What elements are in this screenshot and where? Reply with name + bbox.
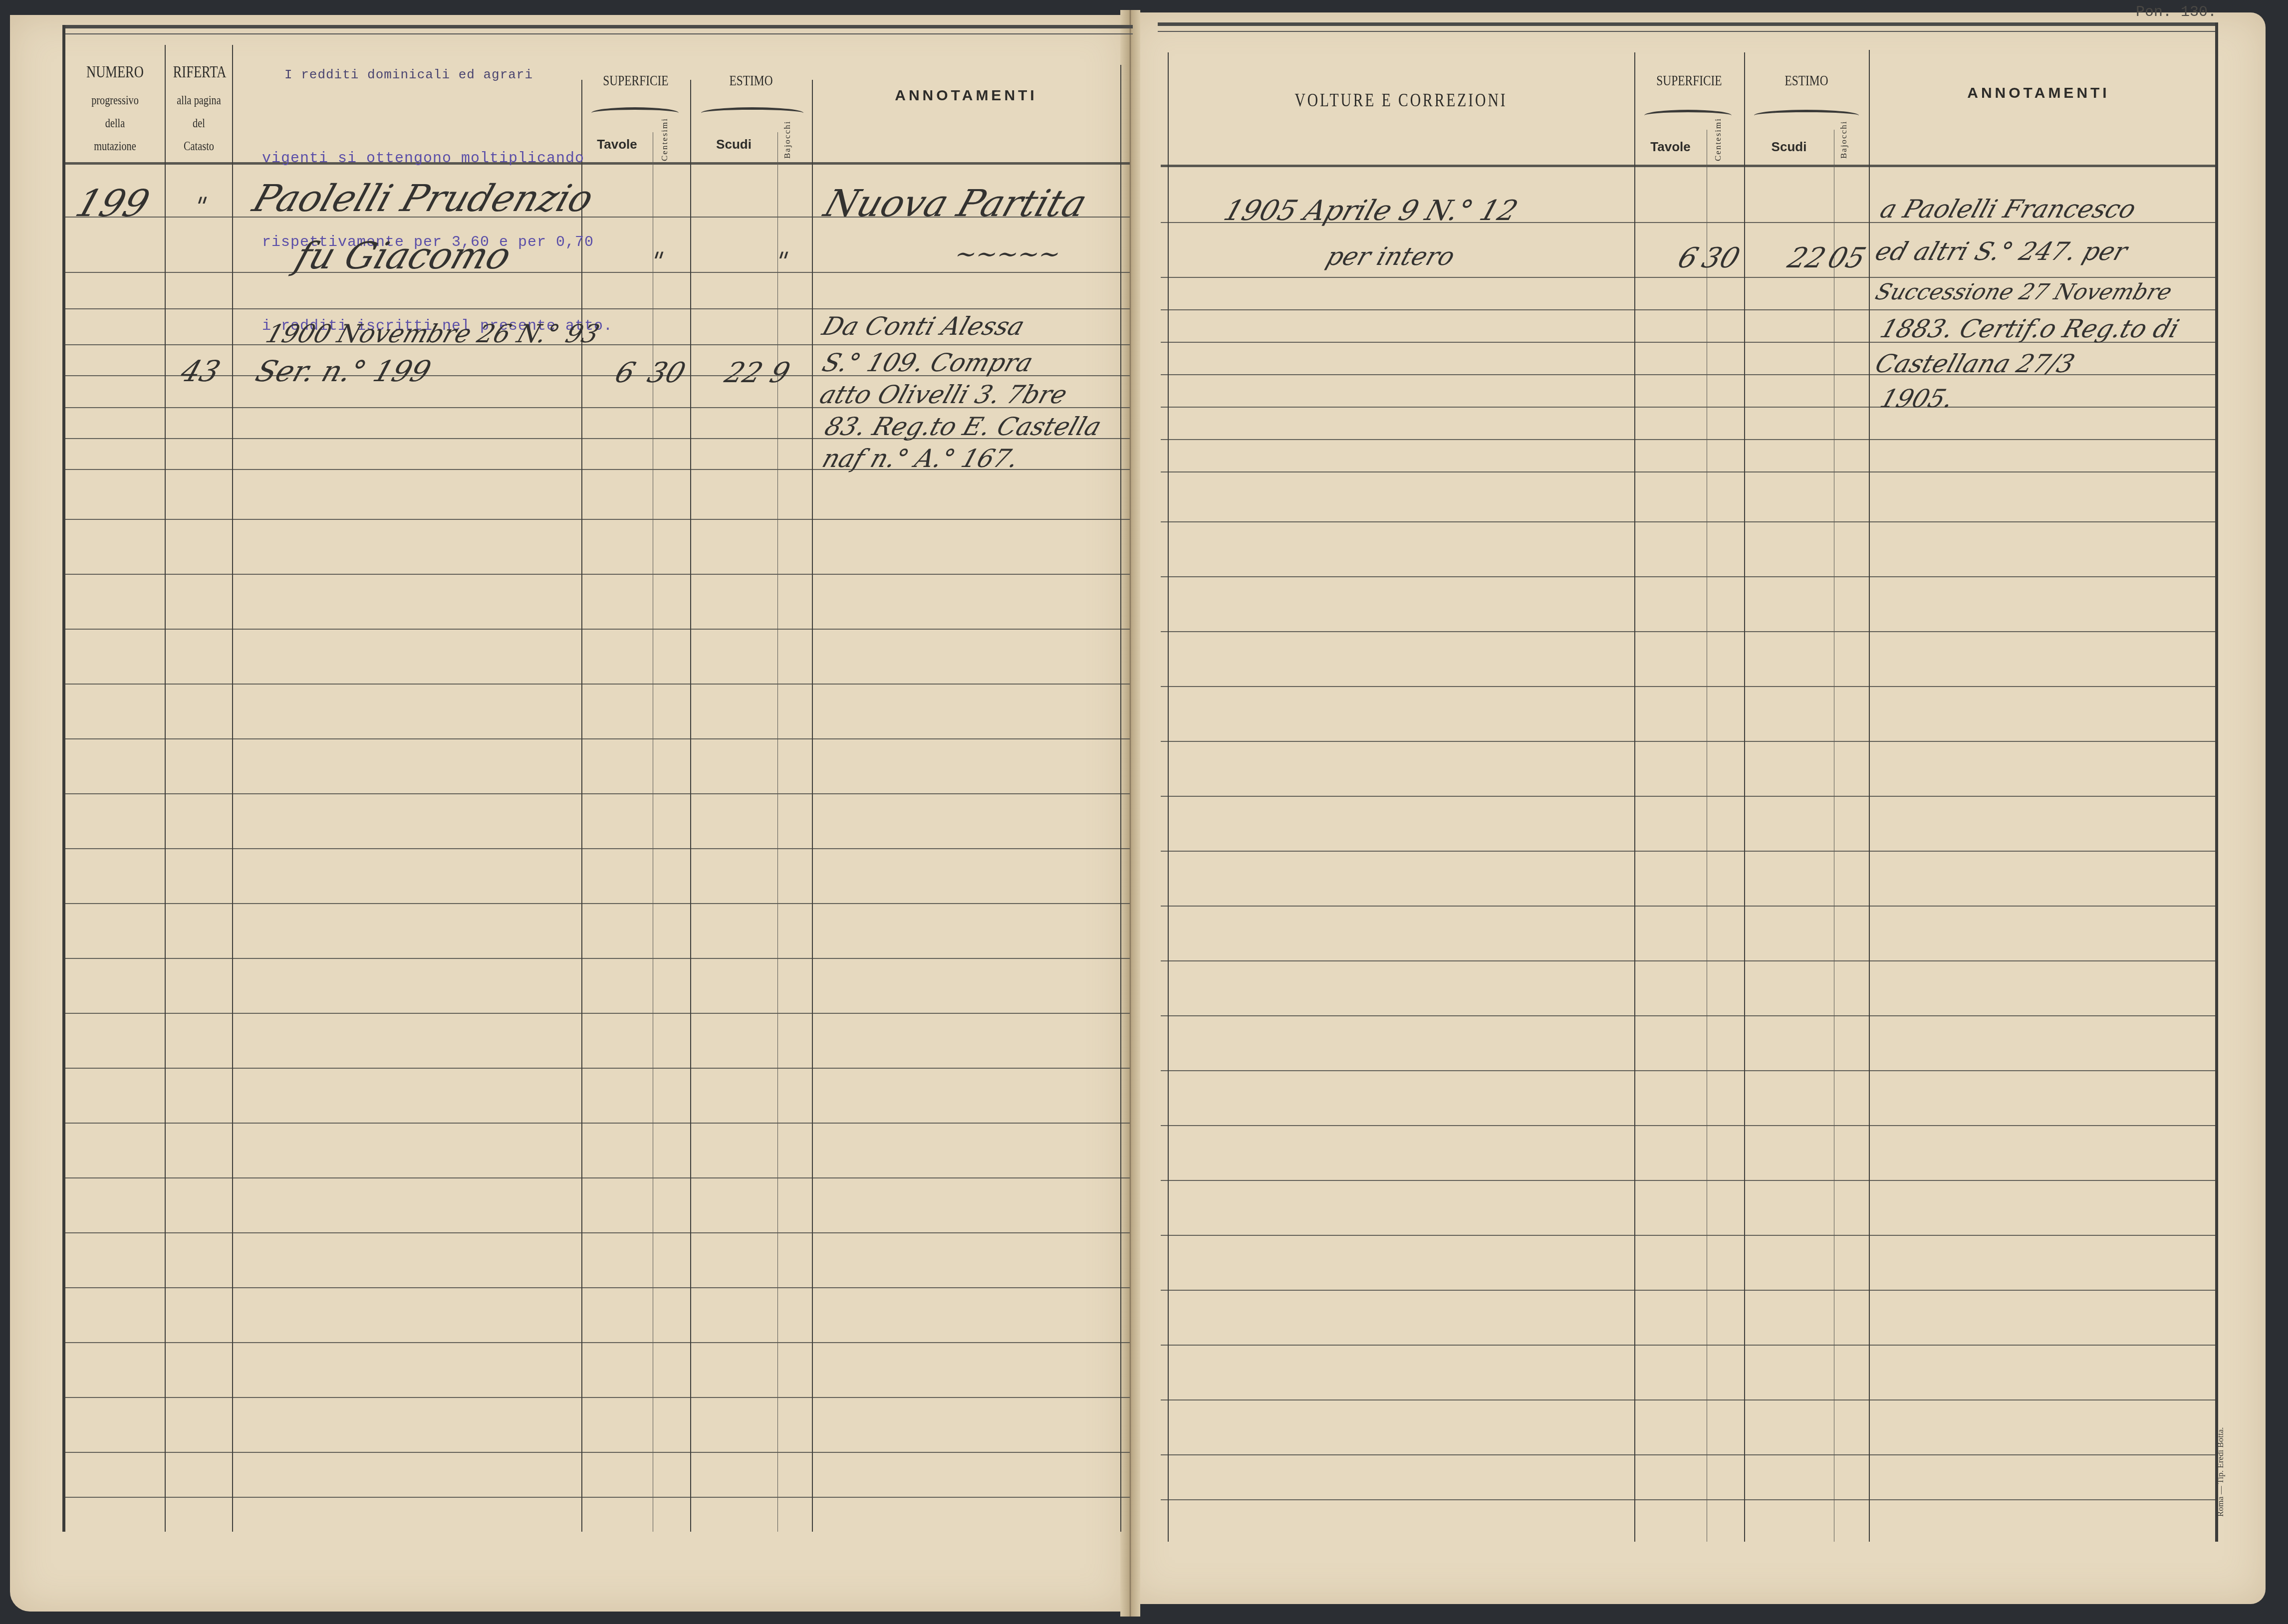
header-tavole: Tavole [1634,140,1707,155]
entry-1-owner-name: Paolelli Prudenzio [248,177,599,220]
header-volture-e-correzioni: VOLTURE E CORREZIONI [1219,90,1583,112]
voltura-type: per intero [1323,242,1459,271]
page-number: Pon. 130. [2136,4,2217,21]
header-centesimi: Centesimi [660,115,685,165]
left-register-table: NUMERO progressivo della mutazione RIFER… [62,25,1133,1532]
entry-2-registration-date: 1900 Novembre 26 N.° 93 [262,319,603,348]
entry-2-annotation-3: atto Olivelli 3. 7bre [816,380,1071,409]
header-tavole: Tavole [581,137,653,152]
voltura-superficie-centesimi: 30 [1698,242,1744,274]
right-annotation-6: 1905. [1877,384,1958,413]
header-riferta: RIFERTA alla pagina del Catasto [173,62,225,154]
entry-1-annotation-1: Nuova Partita [819,182,1092,225]
voltura-date: 1905 Aprile 9 N.° 12 [1220,195,1522,227]
entry-2-annotation-1: Da Conti Alessa [819,312,1028,341]
header-bajocchi: Bajocchi [1839,115,1864,165]
entry-2-riferta: 43 [177,354,225,388]
header-bajocchi: Bajocchi [782,115,807,165]
header-separator [1161,165,2215,167]
header-estimo: ESTIMO [704,72,798,90]
voltura-estimo-scudi: 22 [1783,242,1829,274]
header-scudi: Scudi [1744,140,1834,155]
entry-2-annotation-4: 83. Reg.to E. Castella [821,412,1105,441]
right-annotation-3: Successione 27 Novembre [1872,279,2175,305]
right-annotation-4: 1883. Certif.o Reg.to di [1877,314,2183,343]
header-superficie: SUPERFICIE [1646,72,1732,90]
entry-2-annotation-5: naf n.° A.° 167. [819,444,1022,473]
entry-2-serial: Ser. n.° 199 [252,354,435,388]
header-superficie: SUPERFICIE [593,72,678,90]
header-annotamenti: ANNOTAMENTI [1869,85,2208,102]
right-annotation-5: Castellana 27/3 [1872,349,2078,378]
voltura-superficie-tavole: 6 [1674,242,1702,274]
entry-2-estimo-bajocchi: 9 [765,357,794,389]
header-centesimi: Centesimi [1713,115,1738,165]
entry-2-estimo-scudi: 22 [721,357,766,389]
entry-1-owner-father: fu Giacomo [290,234,516,277]
right-annotation-1: a Paolelli Francesco [1877,195,2140,224]
voltura-estimo-bajocchi: 05 [1823,242,1869,274]
entry-1-annotation-2: ~~~~~ [951,239,1065,268]
entry-2-superficie-tavole: 6 [611,357,639,389]
right-annotation-2: ed altri S.° 247. per [1872,237,2131,266]
header-numero: NUMERO progressivo della mutazione [77,62,153,154]
header-annotamenti: ANNOTAMENTI [812,87,1120,105]
entry-2-superficie-centesimi: 30 [643,357,689,389]
right-register-table: VOLTURE E CORREZIONI SUPERFICIE Tavole C… [1158,22,2218,1542]
entry-2-annotation-2: S.° 109. Compra [819,348,1037,377]
header-estimo: ESTIMO [1758,72,1855,90]
header-scudi: Scudi [690,137,777,152]
entry-1-numero: 199 [70,182,155,225]
